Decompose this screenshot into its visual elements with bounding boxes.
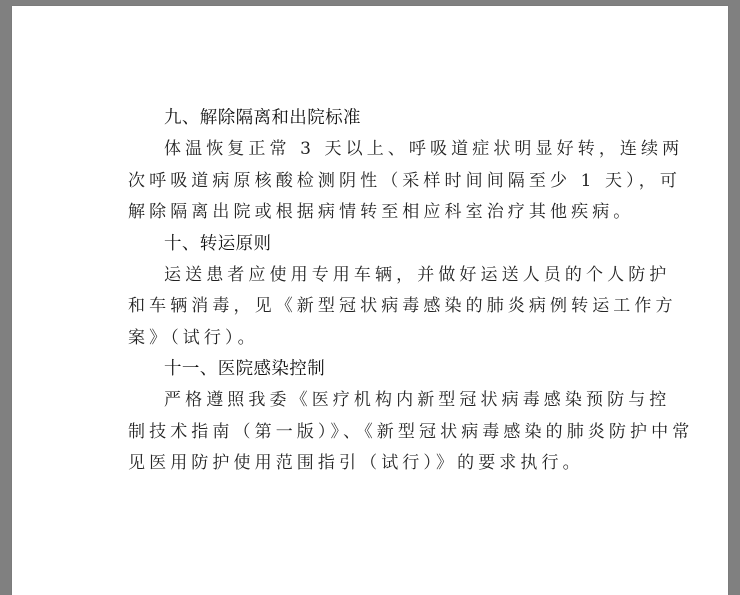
section-heading: 十一、医院感染控制: [128, 354, 608, 385]
paragraph-line: 案》（试行）。: [128, 323, 608, 355]
section-infection-control: 十一、医院感染控制 严格遵照我委《医疗机构内新型冠状病毒感染预防与控 制技术指南…: [128, 354, 608, 480]
section-heading: 十、转运原则: [128, 229, 608, 260]
paragraph-line: 解除隔离出院或根据病情转至相应科室治疗其他疾病。: [128, 197, 608, 229]
paragraph-line: 和车辆消毒，见《新型冠状病毒感染的肺炎病例转运工作方: [128, 291, 608, 323]
section-heading: 九、解除隔离和出院标准: [128, 103, 608, 134]
paragraph-line: 严格遵照我委《医疗机构内新型冠状病毒感染预防与控: [128, 385, 608, 417]
section-discharge-criteria: 九、解除隔离和出院标准 体温恢复正常 3 天以上、呼吸道症状明显好转，连续两 次…: [128, 103, 608, 229]
paragraph-line: 见医用防护使用范围指引（试行）》的要求执行。: [128, 448, 608, 480]
document-viewer: 九、解除隔离和出院标准 体温恢复正常 3 天以上、呼吸道症状明显好转，连续两 次…: [0, 0, 740, 595]
section-transfer-principles: 十、转运原则 运送患者应使用专用车辆，并做好运送人员的个人防护 和车辆消毒，见《…: [128, 229, 608, 355]
document-page: 九、解除隔离和出院标准 体温恢复正常 3 天以上、呼吸道症状明显好转，连续两 次…: [12, 6, 728, 595]
paragraph-line: 体温恢复正常 3 天以上、呼吸道症状明显好转，连续两: [128, 134, 608, 166]
paragraph-line: 制技术指南（第一版）》、《新型冠状病毒感染的肺炎防护中常: [128, 417, 608, 449]
section-paragraph: 严格遵照我委《医疗机构内新型冠状病毒感染预防与控 制技术指南（第一版）》、《新型…: [128, 385, 608, 480]
section-paragraph: 运送患者应使用专用车辆，并做好运送人员的个人防护 和车辆消毒，见《新型冠状病毒感…: [128, 260, 608, 355]
paragraph-line: 次呼吸道病原核酸检测阴性（采样时间间隔至少 1 天），可: [128, 166, 608, 198]
paragraph-line: 运送患者应使用专用车辆，并做好运送人员的个人防护: [128, 260, 608, 292]
section-paragraph: 体温恢复正常 3 天以上、呼吸道症状明显好转，连续两 次呼吸道病原核酸检测阴性（…: [128, 134, 608, 229]
page-content: 九、解除隔离和出院标准 体温恢复正常 3 天以上、呼吸道症状明显好转，连续两 次…: [128, 103, 608, 480]
